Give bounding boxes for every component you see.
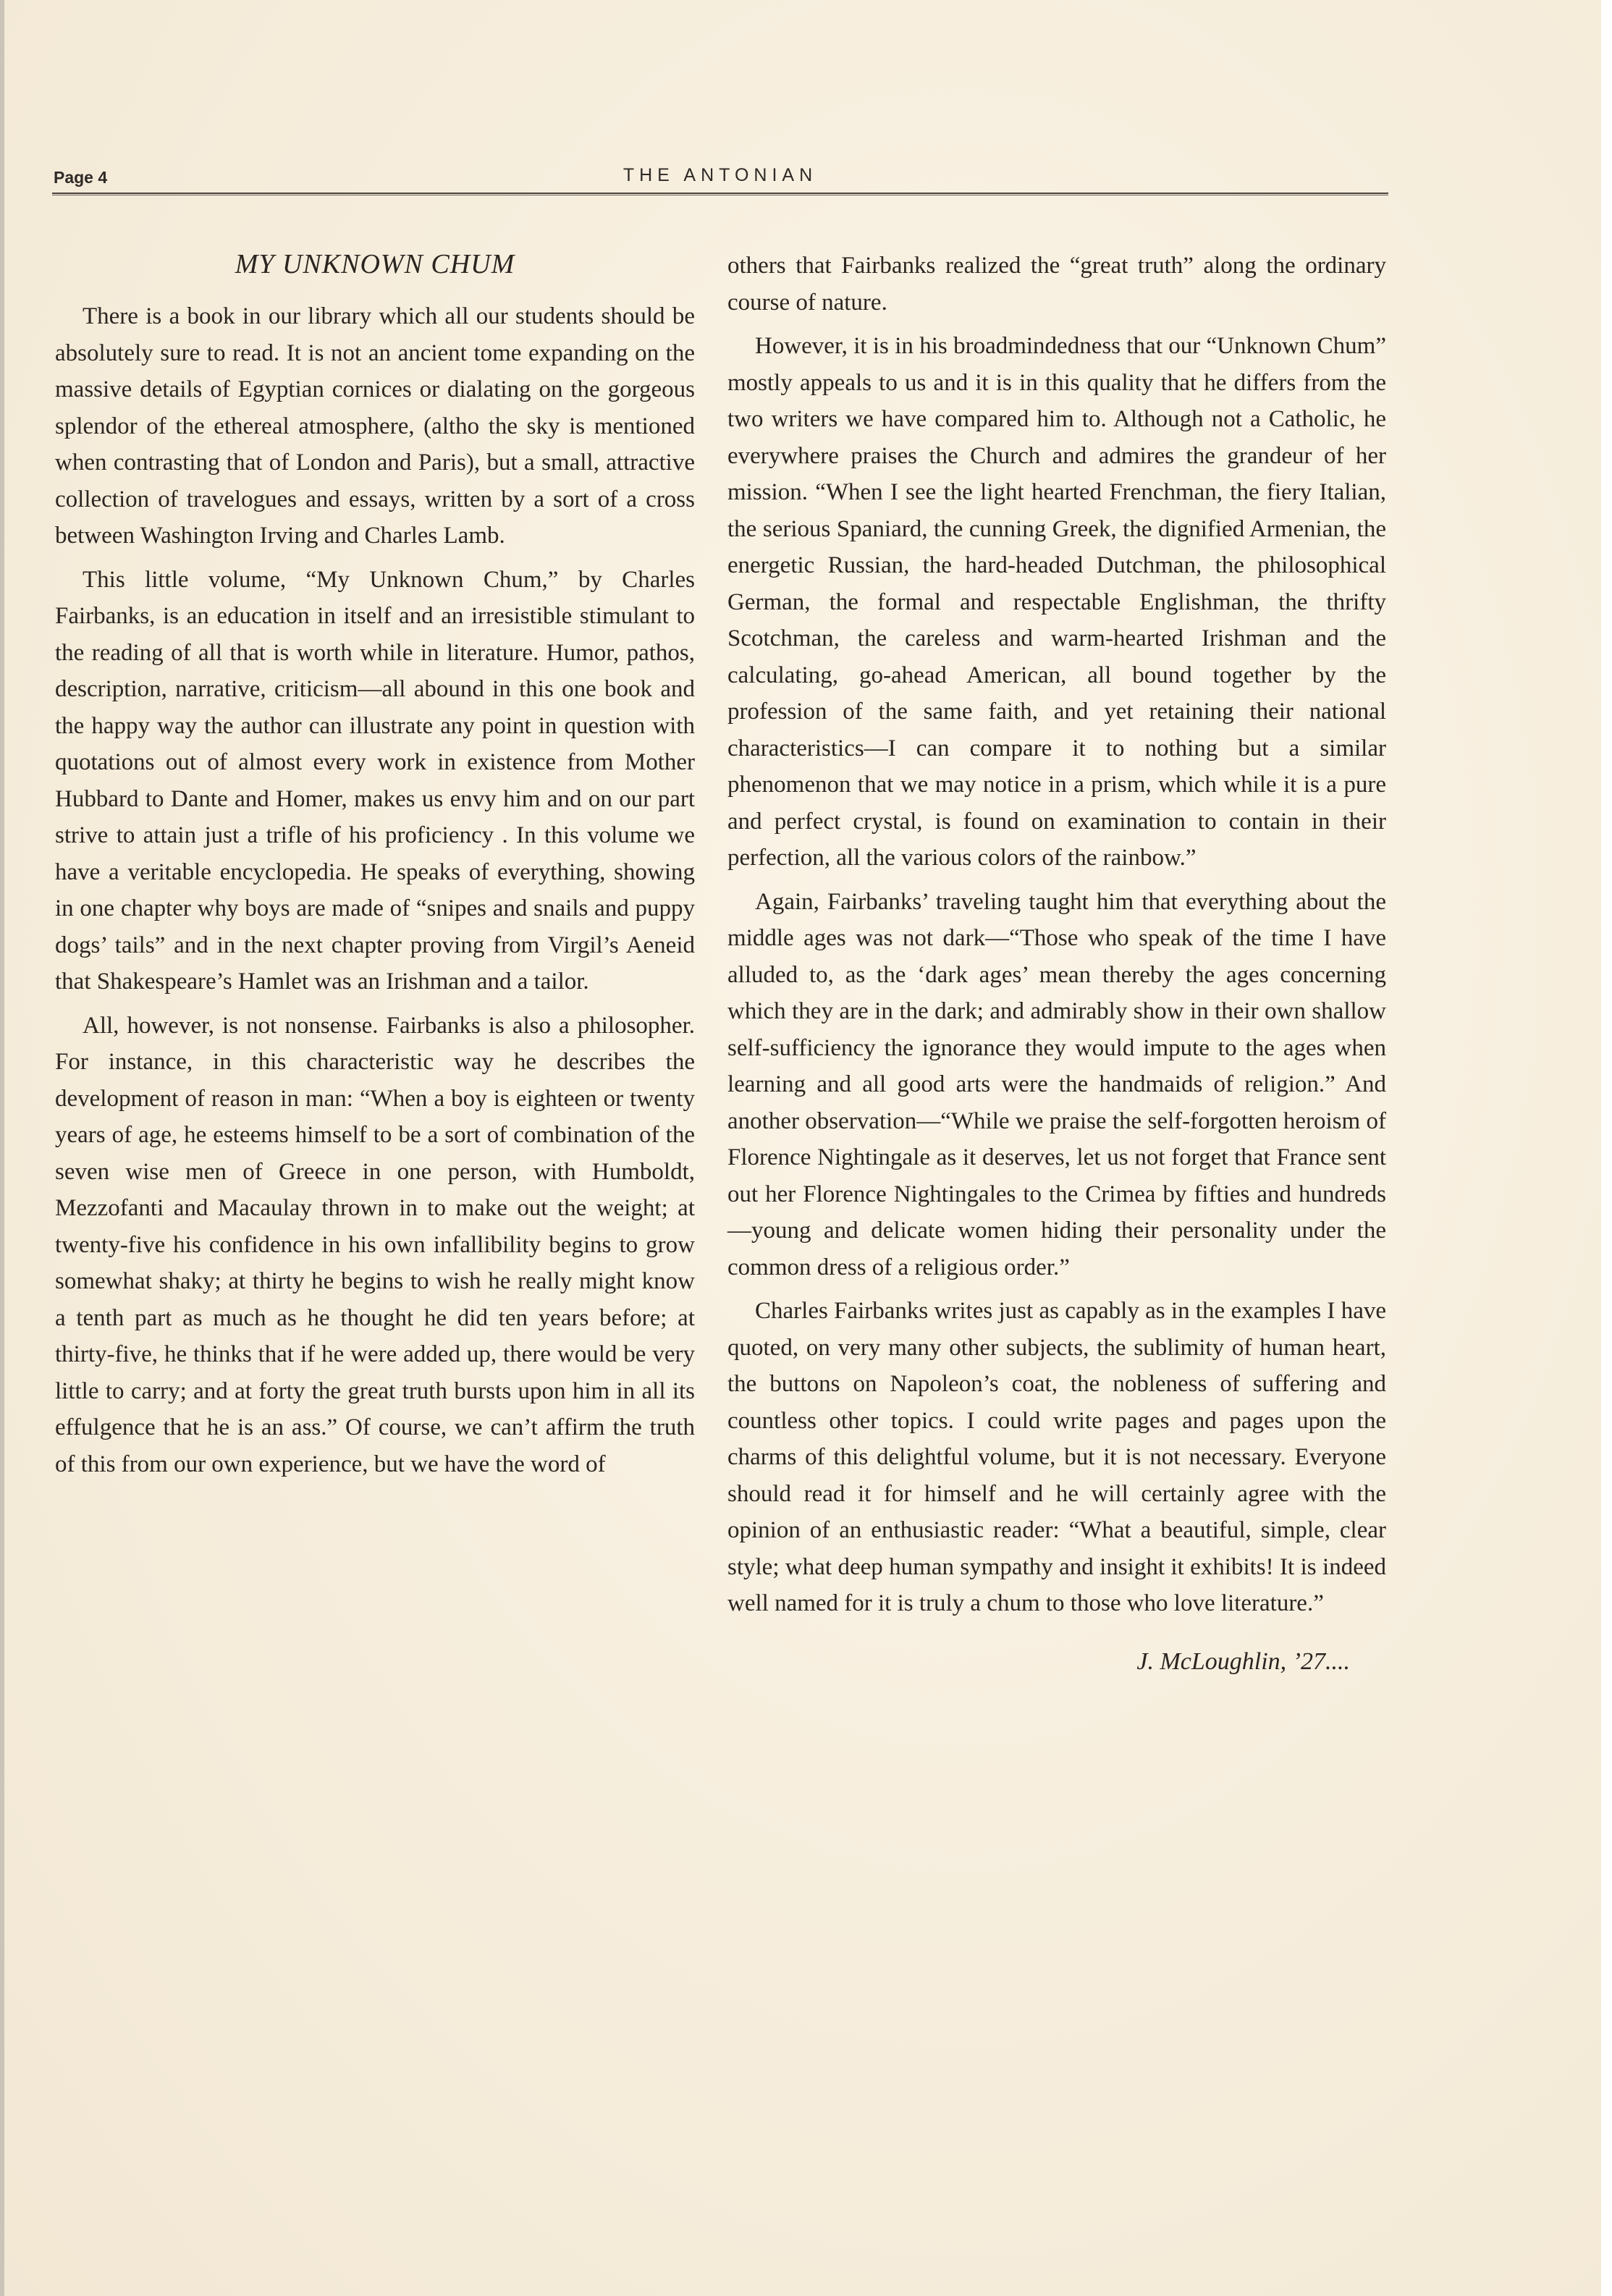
header-rule <box>52 193 1388 195</box>
paragraph: This little volume, “My Unknown Chum,” b… <box>55 562 695 1000</box>
paragraph: All, however, is not nonsense. Fairbanks… <box>55 1008 695 1483</box>
paragraph: Charles Fairbanks writes just as capably… <box>727 1293 1386 1622</box>
paragraph: Again, Fairbanks’ traveling taught him t… <box>727 884 1386 1286</box>
right-column: others that Fairbanks realized the “grea… <box>727 248 1386 1680</box>
publication-title: THE ANTONIAN <box>52 165 1388 186</box>
left-column: MY UNKNOWN CHUM There is a book in our l… <box>55 246 695 1490</box>
scan-edge <box>0 0 4 2296</box>
paragraph-continuation: others that Fairbanks realized the “grea… <box>727 248 1386 321</box>
page-header: Page 4 THE ANTONIAN <box>52 165 1388 194</box>
paragraph: There is a book in our library which all… <box>55 298 695 554</box>
author-signature: J. McLoughlin, ’27.... <box>727 1644 1386 1681</box>
paragraph: However, it is in his broadmindedness th… <box>727 328 1386 877</box>
article-title: MY UNKNOWN CHUM <box>55 246 695 282</box>
